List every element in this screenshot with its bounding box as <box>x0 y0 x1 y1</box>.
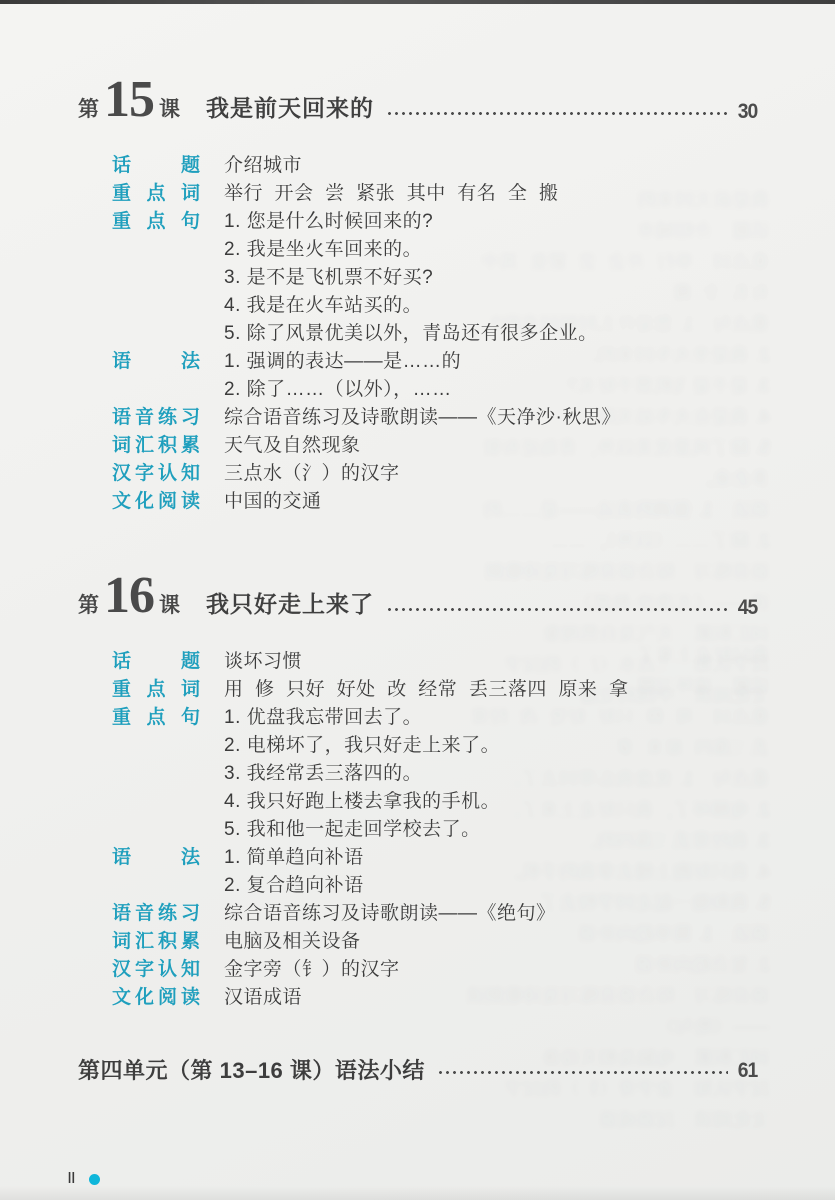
content-line: 5. 除了风景优美以外，青岛还有很多企业。 <box>224 320 598 348</box>
lesson-prefix: 第 <box>78 93 99 123</box>
lesson-number: 15 <box>104 74 154 126</box>
row-label: 语音练习 <box>112 900 200 928</box>
toc-row: 话题谈坏习惯 <box>112 648 757 676</box>
lesson-header: 第 16 课 我只好走上来了 45 <box>78 570 757 622</box>
row-content: 介绍城市 <box>224 152 302 180</box>
toc-row: 重点词举行 开会 尝 紧张 其中 有名 全 搬 <box>112 180 757 208</box>
lesson-entry: 第 16 课 我只好走上来了 45 话题谈坏习惯重点词用 修 只好 好处 改 经… <box>78 570 757 1012</box>
content-line: 汉语成语 <box>224 984 302 1012</box>
content-line: 1. 您是什么时候回来的? <box>224 208 598 236</box>
content-line: 4. 我是在火车站买的。 <box>224 292 598 320</box>
toc-row: 语法1. 简单趋向补语2. 复合趋向补语 <box>112 844 757 900</box>
lesson-entry: 第 15 课 我是前天回来的 30 话题介绍城市重点词举行 开会 尝 紧张 其中… <box>78 74 757 516</box>
lesson-number: 16 <box>104 570 154 622</box>
toc-row: 话题介绍城市 <box>112 152 757 180</box>
lesson-page-number: 30 <box>737 100 757 124</box>
toc-row: 文化阅读中国的交通 <box>112 488 757 516</box>
toc-row: 文化阅读汉语成语 <box>112 984 757 1012</box>
lesson-list: 第 15 课 我是前天回来的 30 话题介绍城市重点词举行 开会 尝 紧张 其中… <box>78 74 757 1012</box>
toc-row: 汉字认知三点水（氵）的汉字 <box>112 460 757 488</box>
row-content: 1. 您是什么时候回来的?2. 我是坐火车回来的。3. 是不是飞机票不好买?4.… <box>224 208 598 348</box>
content-line: 1. 强调的表达——是……的 <box>224 348 461 376</box>
toc-row: 语法1. 强调的表达——是……的2. 除了……（以外），…… <box>112 348 757 404</box>
row-content: 金字旁（钅）的汉字 <box>224 956 400 984</box>
content-line: 金字旁（钅）的汉字 <box>224 956 400 984</box>
content-line: 4. 我只好跑上楼去拿我的手机。 <box>224 788 500 816</box>
lesson-rows: 话题谈坏习惯重点词用 修 只好 好处 改 经常 丢三落四 原来 拿重点句1. 优… <box>112 648 757 1012</box>
toc-row: 汉字认知金字旁（钅）的汉字 <box>112 956 757 984</box>
toc-row: 词汇积累天气及自然现象 <box>112 432 757 460</box>
content-line: 天气及自然现象 <box>224 432 361 460</box>
row-label: 词汇积累 <box>112 432 200 460</box>
folio-dot-icon <box>89 1174 100 1185</box>
content-line: 2. 除了……（以外），…… <box>224 376 461 404</box>
lesson-prefix: 第 <box>78 589 99 619</box>
row-label: 语音练习 <box>112 404 200 432</box>
lesson-suffix: 课 <box>159 93 180 123</box>
row-label: 语法 <box>112 844 200 900</box>
row-label: 文化阅读 <box>112 488 200 516</box>
content-line: 谈坏习惯 <box>224 648 302 676</box>
content-line: 综合语音练习及诗歌朗读——《绝句》 <box>224 900 556 928</box>
row-label: 重点词 <box>112 676 200 704</box>
content-line: 5. 我和他一起走回学校去了。 <box>224 816 500 844</box>
row-label: 语法 <box>112 348 200 404</box>
row-content: 1. 强调的表达——是……的2. 除了……（以外），…… <box>224 348 461 404</box>
dotted-leader <box>386 607 728 612</box>
row-content: 举行 开会 尝 紧张 其中 有名 全 搬 <box>224 180 558 208</box>
row-label: 重点句 <box>112 208 200 348</box>
content-line: 1. 优盘我忘带回去了。 <box>224 704 500 732</box>
row-content: 汉语成语 <box>224 984 302 1012</box>
lesson-rows: 话题介绍城市重点词举行 开会 尝 紧张 其中 有名 全 搬重点句1. 您是什么时… <box>112 152 757 516</box>
row-label: 文化阅读 <box>112 984 200 1012</box>
content-line: 综合语音练习及诗歌朗读——《天净沙·秋思》 <box>224 404 621 432</box>
content-line: 2. 电梯坏了，我只好走上来了。 <box>224 732 500 760</box>
row-content: 谈坏习惯 <box>224 648 302 676</box>
unit-summary-title: 第四单元（第 13–16 课）语法小结 <box>78 1054 425 1085</box>
row-label: 汉字认知 <box>112 460 200 488</box>
lesson-title: 我是前天回来的 <box>206 90 374 123</box>
lesson-header: 第 15 课 我是前天回来的 30 <box>78 74 757 126</box>
row-content: 综合语音练习及诗歌朗读——《绝句》 <box>224 900 556 928</box>
toc-row: 词汇积累电脑及相关设备 <box>112 928 757 956</box>
row-label: 话题 <box>112 152 200 180</box>
row-content: 天气及自然现象 <box>224 432 361 460</box>
dotted-leader <box>437 1070 728 1075</box>
toc-row: 语音练习综合语音练习及诗歌朗读——《绝句》 <box>112 900 757 928</box>
dotted-leader <box>386 111 728 116</box>
lesson-title: 我只好走上来了 <box>206 586 374 619</box>
row-label: 词汇积累 <box>112 928 200 956</box>
toc-row: 重点词用 修 只好 好处 改 经常 丢三落四 原来 拿 <box>112 676 757 704</box>
content-line: 3. 是不是飞机票不好买? <box>224 264 598 292</box>
folio-number: II <box>68 1170 76 1188</box>
content-line: 三点水（氵）的汉字 <box>224 460 400 488</box>
photo-bottom-shade <box>0 1186 835 1200</box>
toc-row: 重点句1. 您是什么时候回来的?2. 我是坐火车回来的。3. 是不是飞机票不好买… <box>112 208 757 348</box>
content-line: 举行 开会 尝 紧张 其中 有名 全 搬 <box>224 180 558 208</box>
content-line: 1. 简单趋向补语 <box>224 844 364 872</box>
toc-row: 语音练习综合语音练习及诗歌朗读——《天净沙·秋思》 <box>112 404 757 432</box>
content-line: 用 修 只好 好处 改 经常 丢三落四 原来 拿 <box>224 676 628 704</box>
content-line: 电脑及相关设备 <box>224 928 361 956</box>
page-footer: II <box>68 1170 100 1188</box>
row-content: 电脑及相关设备 <box>224 928 361 956</box>
row-content: 1. 优盘我忘带回去了。2. 电梯坏了，我只好走上来了。3. 我经常丢三落四的。… <box>224 704 500 844</box>
row-label: 话题 <box>112 648 200 676</box>
row-content: 中国的交通 <box>224 488 322 516</box>
lesson-suffix: 课 <box>159 589 180 619</box>
row-content: 三点水（氵）的汉字 <box>224 460 400 488</box>
toc-row: 重点句1. 优盘我忘带回去了。2. 电梯坏了，我只好走上来了。3. 我经常丢三落… <box>112 704 757 844</box>
unit-summary: 第四单元（第 13–16 课）语法小结 61 <box>78 1054 757 1085</box>
row-content: 综合语音练习及诗歌朗读——《天净沙·秋思》 <box>224 404 621 432</box>
content-line: 中国的交通 <box>224 488 322 516</box>
toc-page: 第 15 课 我是前天回来的 30 话题介绍城市重点词举行 开会 尝 紧张 其中… <box>0 0 835 1085</box>
row-content: 用 修 只好 好处 改 经常 丢三落四 原来 拿 <box>224 676 628 704</box>
lesson-page-number: 45 <box>737 596 757 620</box>
row-content: 1. 简单趋向补语2. 复合趋向补语 <box>224 844 364 900</box>
unit-summary-page-number: 61 <box>737 1059 757 1083</box>
content-line: 2. 复合趋向补语 <box>224 872 364 900</box>
row-label: 重点句 <box>112 704 200 844</box>
content-line: 3. 我经常丢三落四的。 <box>224 760 500 788</box>
row-label: 汉字认知 <box>112 956 200 984</box>
row-label: 重点词 <box>112 180 200 208</box>
content-line: 介绍城市 <box>224 152 302 180</box>
content-line: 2. 我是坐火车回来的。 <box>224 236 598 264</box>
